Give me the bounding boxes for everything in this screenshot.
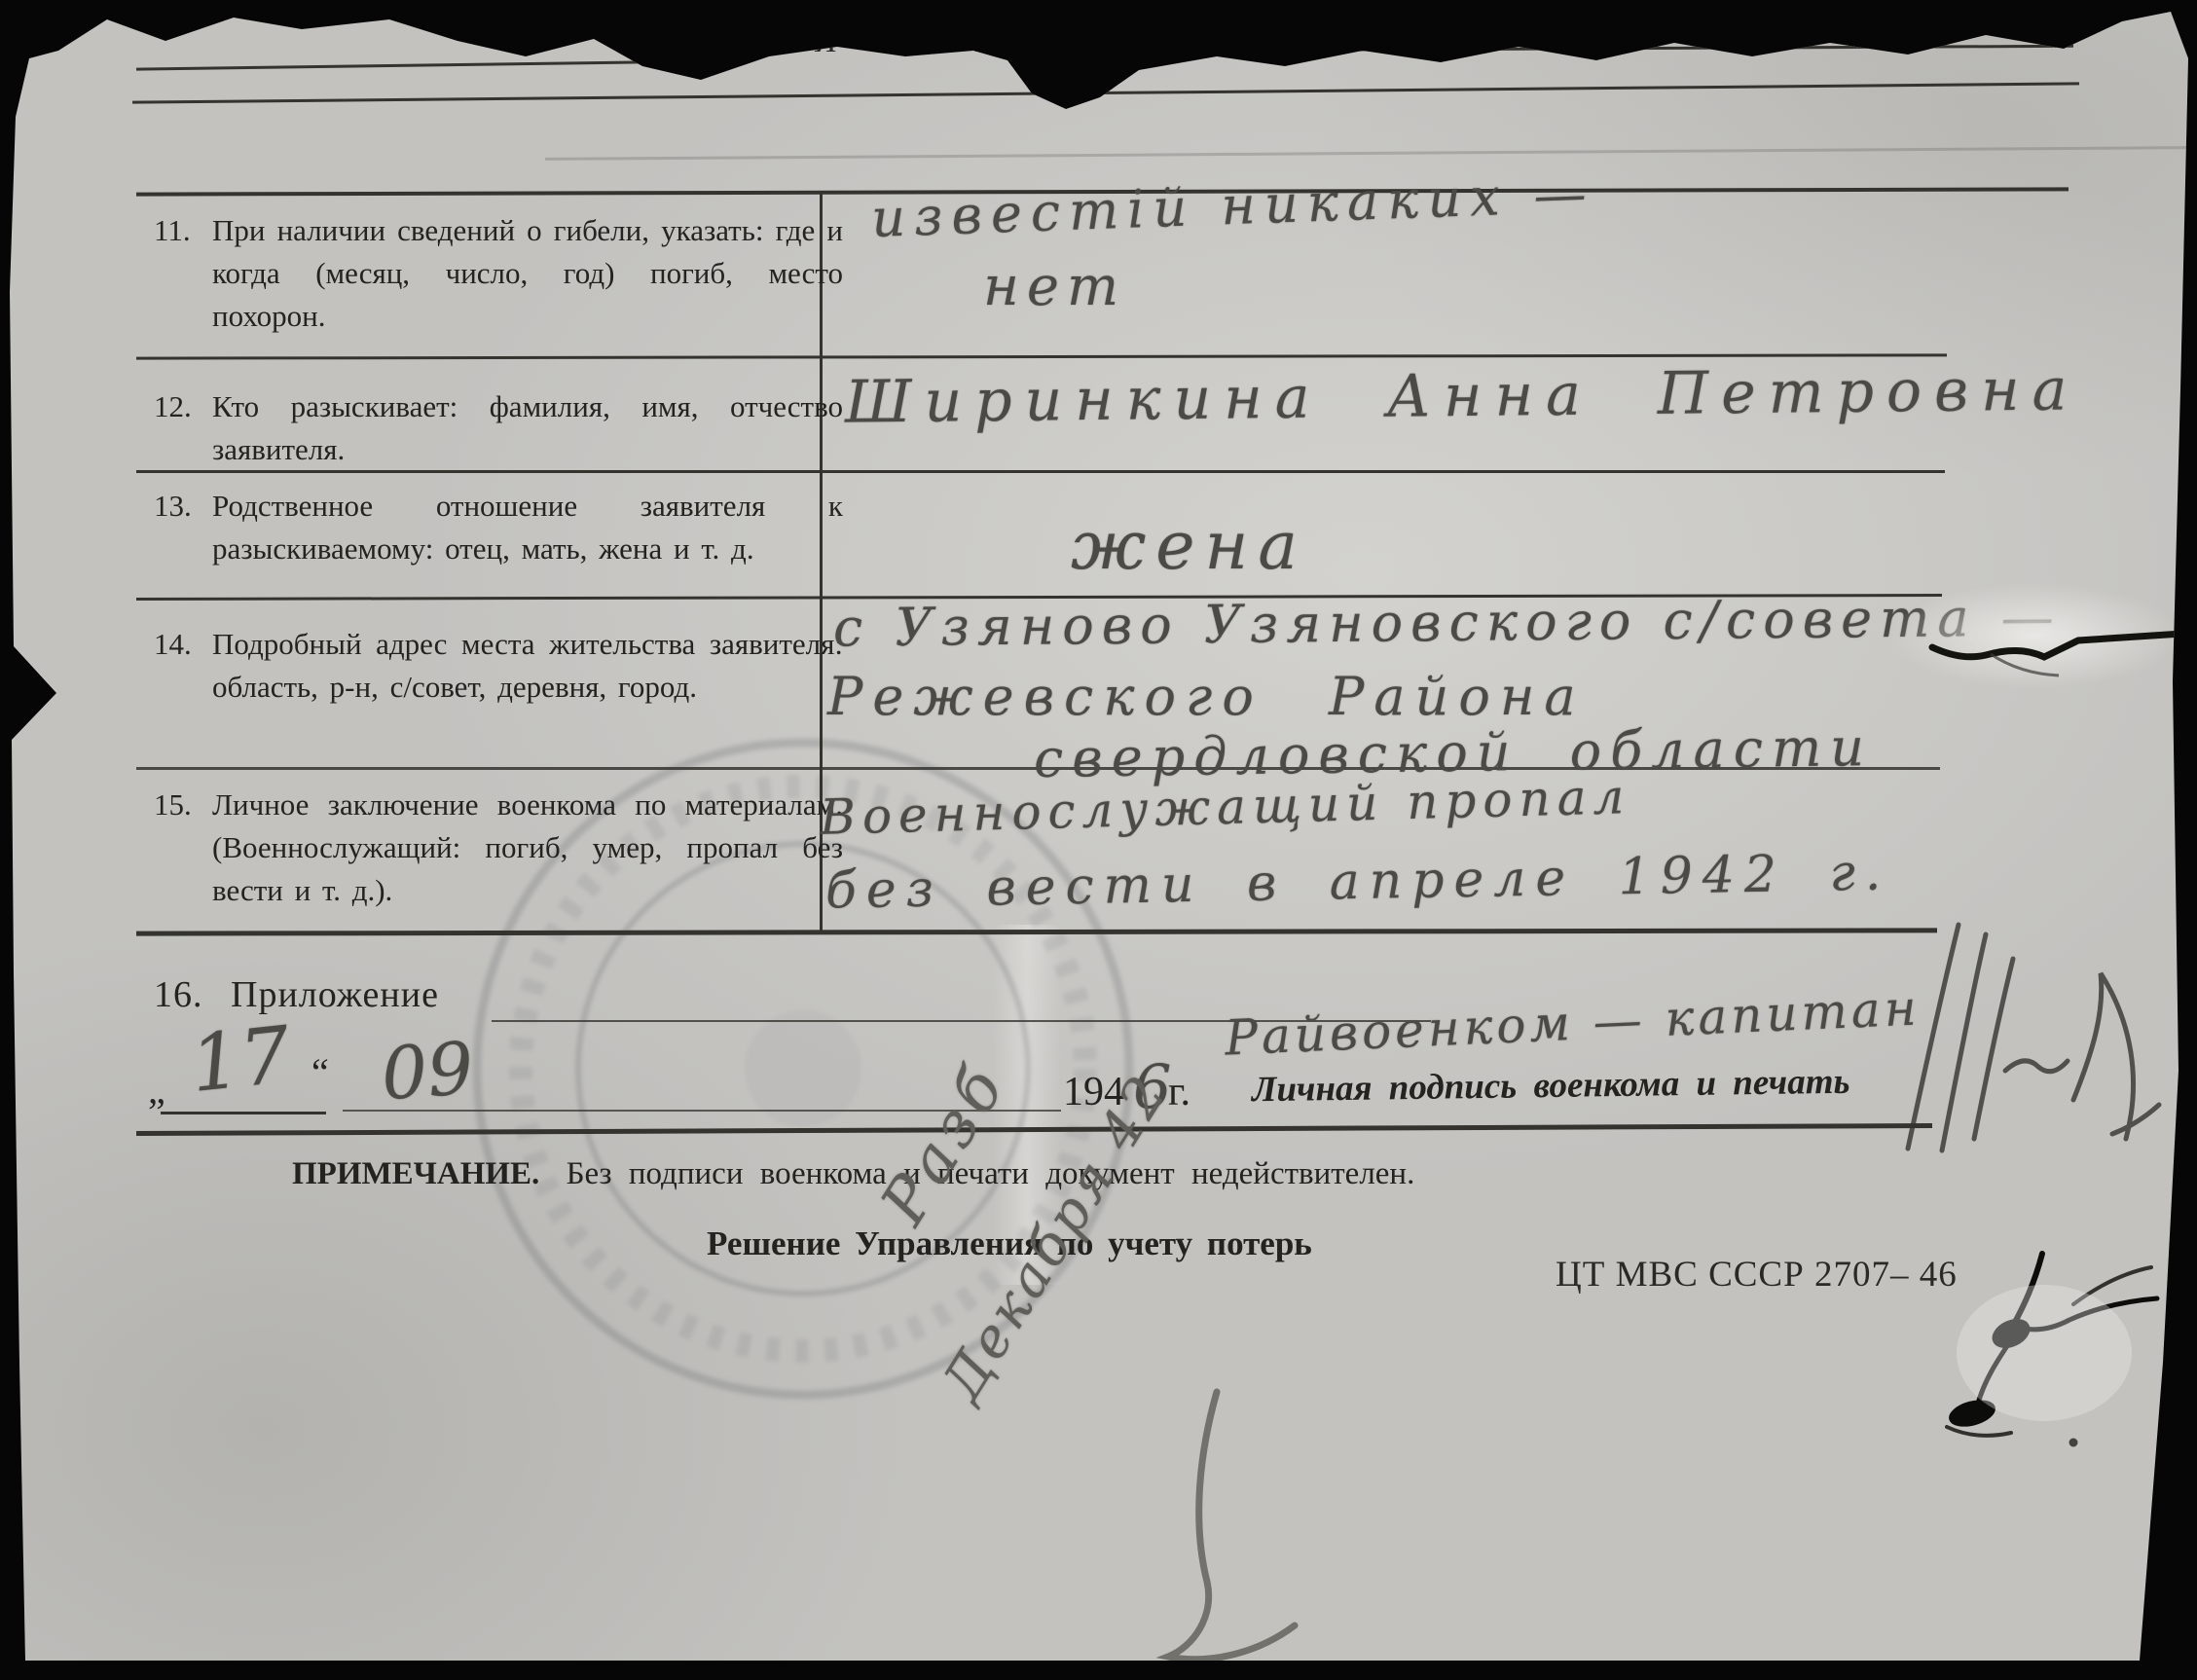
date-quote-close: “: [311, 1049, 329, 1095]
question-text: Подробный адрес места жительства заявите…: [212, 627, 843, 704]
question-text: При наличии сведений о гибели, указать: …: [212, 213, 843, 333]
question-number: 14.: [154, 623, 192, 666]
scanned-document-page: ЛИНИЯ ОТРЕЗА 11. При наличии сведений о …: [0, 0, 2197, 1680]
voenkom-signature-scribble: [1849, 905, 2171, 1178]
pencil-flourish: [1100, 1382, 1353, 1674]
question-number: 13.: [154, 485, 192, 528]
handwritten-answer-11-line2: нет: [983, 255, 1126, 318]
edge-tear-crack: [1932, 603, 2197, 681]
question-row-11: 11. При наличии сведений о гибели, указа…: [154, 209, 843, 338]
date-quote-open: „: [148, 1067, 165, 1113]
question-row-15: 15. Личное заключение военкома по матери…: [154, 784, 843, 912]
handwritten-answer-14-line2: Режевского Района: [827, 666, 1586, 727]
question-row-12: 12. Кто разыскивает: фамилия, имя, отчес…: [154, 385, 843, 471]
note-label: ПРИМЕЧАНИЕ.: [292, 1156, 539, 1191]
handwritten-month: 09: [379, 1027, 476, 1116]
item16-label: Приложение: [231, 974, 439, 1015]
handwritten-rayvoenkom: Райвоенком — капитан: [1224, 979, 1922, 1066]
item16-row: 16. Приложение: [154, 973, 439, 1016]
signature-caption: Личная подпись военкома и печать: [1252, 1061, 1850, 1112]
cutline-rule-left: [136, 60, 642, 70]
cutline-rule-bottom: [132, 82, 2079, 103]
handwritten-answer-12: Ширинкина Анна Петровна: [845, 355, 2080, 436]
question-text: Личное заключение военкома по материалам…: [212, 787, 843, 907]
question-number: 12.: [154, 385, 192, 428]
date-blank-line-1: [161, 1112, 326, 1114]
question-text: Родственное отношение заявителя к разыск…: [212, 489, 843, 566]
row-separator-1: [136, 353, 1947, 359]
fold-crease-horizontal: [545, 146, 2190, 161]
question-row-14: 14. Подробный адрес места жительства зая…: [154, 623, 843, 709]
note-line: ПРИМЕЧАНИЕ. Без подписи военкома и печат…: [292, 1156, 1414, 1192]
cutline-title: ЛИНИЯ ОТРЕЗА: [642, 23, 1167, 60]
handwritten-day: 17: [186, 1009, 294, 1110]
handwritten-answer-13: жена: [1071, 508, 1307, 585]
question-number: 15.: [154, 784, 192, 826]
scanner-background: ЛИНИЯ ОТРЕЗА 11. При наличии сведений о …: [0, 0, 2197, 1680]
handwritten-answer-11-line1: известій никаких —: [870, 163, 1595, 249]
paper-crack-cluster: [1927, 1236, 2197, 1460]
cutline-rule-right: [1256, 45, 2073, 52]
handwritten-answer-14-line1: с Узяново Узяновского с/совета —: [833, 586, 2062, 658]
item16-number: 16.: [154, 974, 203, 1015]
question-row-13: 13. Родственное отношение заявителя к ра…: [154, 485, 843, 570]
form-code: ЦТ МВС СССР 2707– 46: [1556, 1254, 1958, 1296]
question-text: Кто разыскивает: фамилия, имя, отчество …: [212, 389, 843, 466]
question-number: 11.: [154, 209, 191, 252]
